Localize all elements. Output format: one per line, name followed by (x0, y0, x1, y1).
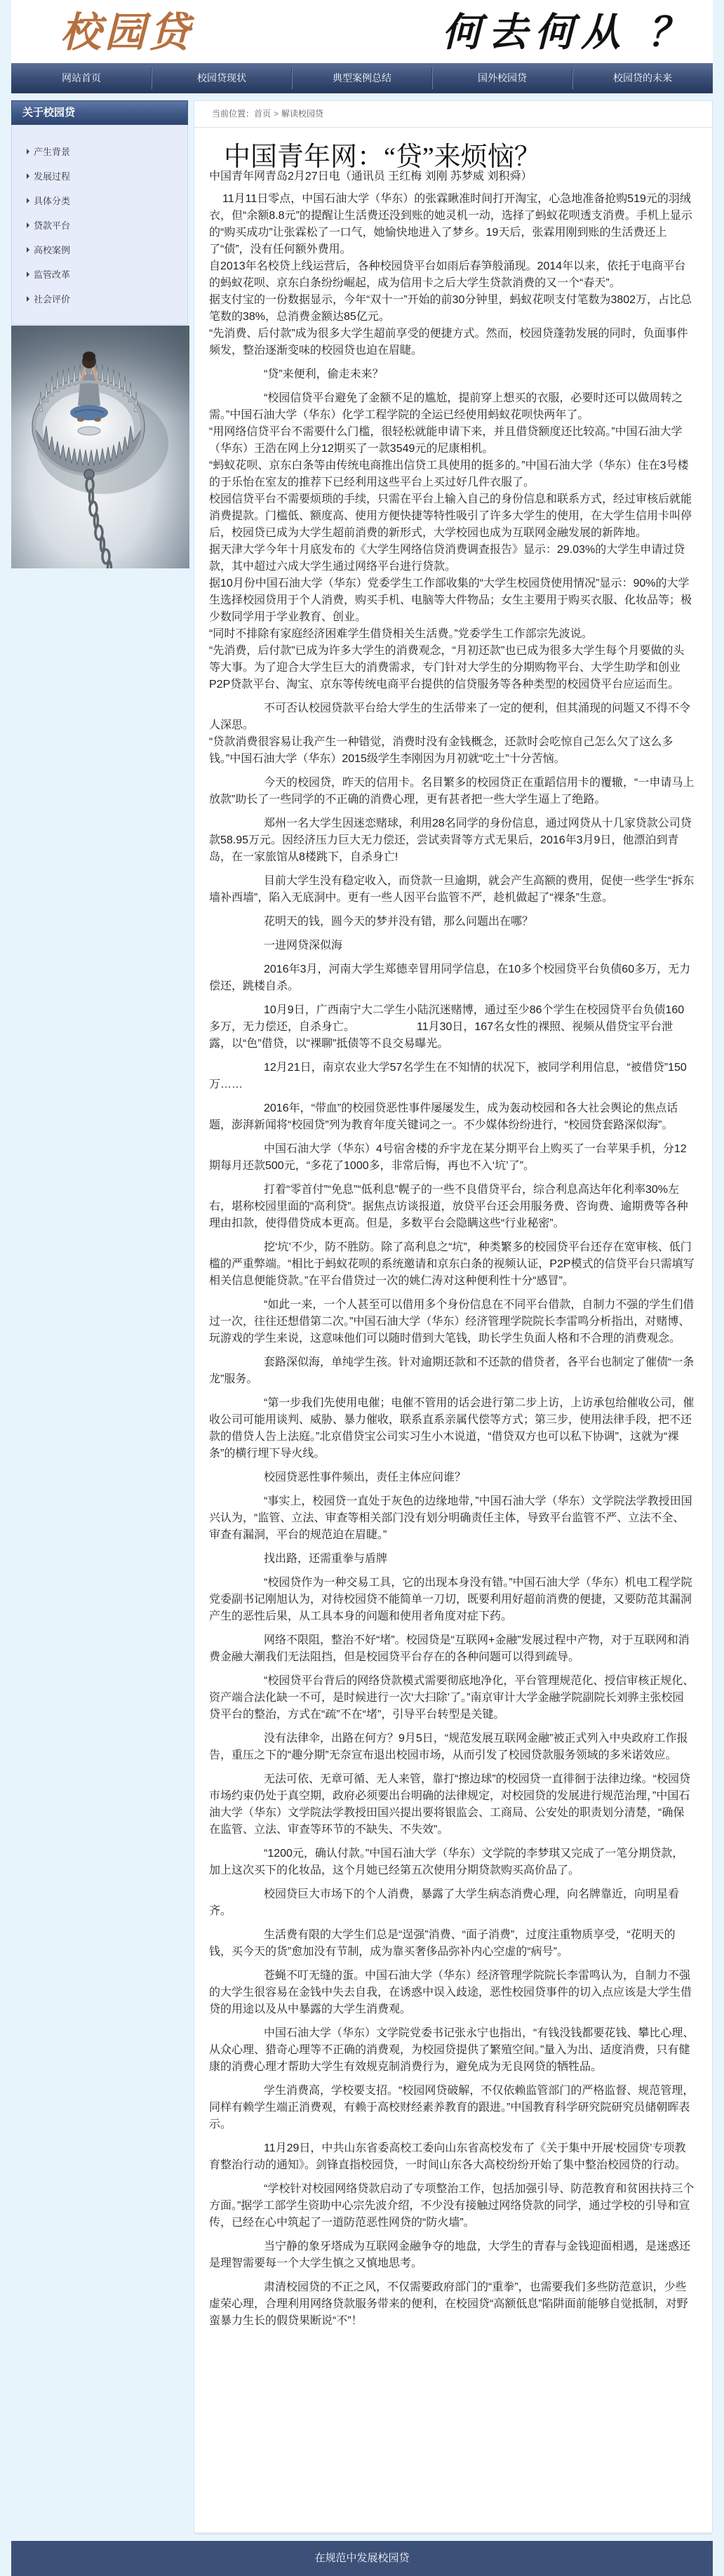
article-paragraph: 据10月份中国石油大学（华东）党委学生工作部收集的“大学生校园贷使用情况”显示：… (209, 575, 695, 626)
sidebar-item-label: 高校案例 (34, 243, 70, 256)
article-paragraph: “校园贷平台背后的网络贷款模式需要彻底地净化，平台管理规范化、授信审核正规化、资… (209, 1673, 695, 1723)
triangle-right-icon (27, 173, 29, 179)
sidebar-item-background[interactable]: 产生背景 (12, 139, 187, 163)
sidebar-item-label: 具体分类 (34, 194, 70, 207)
article-paragraph: 打着“零首付”“免息”“低利息”幌子的一些不良借贷平台，综合利息高达年化利率30… (209, 1182, 695, 1232)
sidebar-item-label: 发展过程 (34, 169, 70, 182)
article-paragraph: 12月21日，南京农业大学57名学生在不知情的状况下，被同学利用信息，“被借贷”… (209, 1060, 695, 1093)
article-paragraph: “校园贷作为一种交易工具，它的出现本身没有错。”中国石油大学（华东）机电工程学院… (209, 1575, 695, 1625)
article-paragraph: “第一步我们先使用电催；电催不管用的话会进行第二步上访，上访承包给催收公司，催收… (209, 1395, 695, 1462)
sidebar-item-categories[interactable]: 具体分类 (12, 188, 187, 213)
article-paragraph: “事实上，校园贷一直处于灰色的边缘地带，”中国石油大学（华东）文学院法学教授田国… (209, 1493, 695, 1544)
section-heading: 校园贷恶性事件频出，责任主体应问谁？ (209, 1469, 695, 1486)
section-heading: 一进网贷深似海 (209, 937, 695, 954)
sidebar-item-label: 贷款平台 (34, 218, 70, 232)
article-paragraph: 没有法律伞，出路在何方？9月5日，“规范发展互联网金融”被正式列入中央政府工作报… (209, 1730, 695, 1764)
sidebar-title: 关于校园贷 (11, 100, 188, 125)
article-paragraph: 郑州一名大学生因迷恋赌球，利用28名同学的身份信息，通过网贷从十几家贷款公司贷款… (209, 815, 695, 866)
article-title: 中国青年网：“贷”来烦恼？ (224, 143, 541, 171)
nav-item-cases[interactable]: 典型案例总结 (292, 63, 432, 93)
sidebar: 关于校园贷 产生背景 发展过程 具体分类 贷款平台 高校案例 监管改革 社会评价 (11, 100, 188, 325)
nav-item-status[interactable]: 校园贷现状 (152, 63, 292, 93)
sidebar-item-regulation[interactable]: 监管改革 (12, 262, 187, 286)
sidebar-image (11, 326, 189, 568)
article-paragraph: 网络不限阻，整治不好“堵”。校园贷是“互联网+金融”发展过程中产物，对于互联网和… (209, 1632, 695, 1666)
article-paragraph: 据支付宝的一份数据显示，今年“双十一”开始的前30分钟里，蚂蚁花呗支付笔数为38… (209, 292, 695, 326)
article-paragraph: “如此一来，一个人甚至可以借用多个身份信息在不同平台借款，自制力不强的学生们借过… (209, 1297, 695, 1347)
sidebar-item-evaluation[interactable]: 社会评价 (12, 286, 187, 311)
article-paragraph: 无法可依、无章可循、无人来管，靠打“擦边球”的校园贷一直徘徊于法律边缘。“校园贷… (209, 1771, 695, 1838)
section-heading: “贷”来便利，偷走未来？ (209, 366, 695, 383)
content-panel: 当前位置：首页>解读校园贷 中国青年网：“贷”来烦恼？ 中国青年网青岛2月27日… (194, 100, 713, 2533)
article-paragraph: 套路深似海，单纯学生孩。针对逾期还款和不还款的借贷者，各平台也制定了催债“一条龙… (209, 1354, 695, 1388)
article-paragraph: “用网络信贷平台不需要什么门槛，很轻松就能申请下来，并且借贷额度还比较高。”中国… (209, 424, 695, 458)
article-paragraph: “先消费，后付款”已成为许多大学生的消费观念，“月初还款”也已成为很多大学生每个… (209, 643, 695, 693)
article-paragraph: 当宁静的象牙塔成为互联网金融争夺的地盘，大学生的青春与金钱迎面相遇，是迷惑还是理… (209, 2238, 695, 2272)
site-banner: 校园贷 何去何从 ？ (11, 0, 713, 63)
breadcrumb-label: 当前位置： (212, 109, 254, 119)
nav-item-home[interactable]: 网站首页 (11, 63, 152, 93)
article-paragraph: 中国石油大学（华东）文学院党委书记张永宁也指出，“有钱没钱都要花钱、攀比心理、从… (209, 2025, 695, 2076)
article-paragraph: 11月11日零点，中国石油大学（华东）的张霖瞅准时间打开淘宝，心急地准备抢购51… (209, 191, 695, 258)
article-paragraph: 10月9日，广西南宁大二学生小陆沉迷赌博，通过至少86个学生在校园贷平台负债16… (209, 1002, 695, 1053)
article-paragraph: 肃清校园贷的不正之风，不仅需要政府部门的“重拳”，也需要我们多些防范意识，少些虚… (209, 2279, 695, 2330)
breadcrumb: 当前位置：首页>解读校园贷 (194, 101, 712, 128)
triangle-right-icon (27, 198, 29, 203)
article-paragraph: 自2013年名校贷上线运营后，各种校园贷平台如雨后春笋般涌现。2014年以来，依… (209, 258, 695, 292)
breadcrumb-separator: > (274, 109, 279, 119)
article-paragraph: 校园信贷平台不需要烦琐的手续，只需在平台上输入自己的身份信息和联系方式，经过审核… (209, 491, 695, 542)
article-paragraph: “贷款消费很容易让我产生一种错觉，消费时没有金钱概念，还款时会吃惊自己怎么欠了这… (209, 734, 695, 768)
main-nav: 网站首页 校园贷现状 典型案例总结 国外校园贷 校园贷的未来 (11, 63, 713, 93)
article-paragraph: 挖‘坑’不少，防不胜防。除了高利息之“坑”，种类繁多的校园贷平台还存在宽审核、低… (209, 1239, 695, 1290)
article-paragraph: 2016年，“带血”的校园贷恶性事件屡屡发生，成为轰动校园和各大社会舆论的焦点话… (209, 1100, 695, 1134)
triangle-right-icon (27, 247, 29, 253)
nav-item-future[interactable]: 校园贷的未来 (572, 63, 713, 93)
article-paragraph: 苍蝇不叮无缝的蛋。中国石油大学（华东）经济管理学院院长李雷鸣认为，自制力不强的大… (209, 1968, 695, 2018)
article-paragraph: 中国石油大学（华东）4号宿舍楼的乔宇龙在某分期平台上购买了一台苹果手机，分12期… (209, 1141, 695, 1175)
article-paragraph: 11月29日，中共山东省委高校工委向山东省高校发布了《关于集中开展‘校园贷’专项… (209, 2140, 695, 2174)
sidebar-item-label: 产生背景 (34, 145, 70, 158)
article-paragraph: 据天津大学今年十月底发布的《大学生网络信贷消费调查报告》显示：29.03%的大学… (209, 542, 695, 575)
article-paragraph: 花明天的钱，圆今天的梦并没有错，那么问题出在哪？ (209, 914, 695, 930)
footer-text: 在规范中发展校园贷 (314, 2552, 409, 2564)
article-paragraph: “学校针对校园网络贷款启动了专项整治工作，包括加强引导、防范教育和贫困扶持三个方… (209, 2181, 695, 2231)
article-paragraph: “先消费、后付款”成为很多大学生超前享受的便捷方式。然而，校园贷蓬勃发展的同时，… (209, 326, 695, 359)
article-paragraph: 目前大学生没有稳定收入，而贷款一旦逾期，就会产生高额的费用，促使一些学生“拆东墙… (209, 873, 695, 907)
triangle-right-icon (27, 272, 29, 277)
article-paragraph: 学生消费高，学校要支招。“校园网贷破解，不仅依赖监管部门的严格监督、规范管理，同… (209, 2083, 695, 2133)
article-paragraph: “蚂蚁花呗、京东白条等由传统电商推出信贷工具使用的挺多的。”中国石油大学（华东）… (209, 458, 695, 491)
triangle-right-icon (27, 296, 29, 302)
breadcrumb-home-link[interactable]: 首页 (254, 109, 271, 119)
section-heading: 找出路，还需重拳与盾牌 (209, 1551, 695, 1568)
sidebar-item-label: 监管改革 (34, 267, 70, 281)
sidebar-item-development[interactable]: 发展过程 (12, 163, 187, 188)
banner-slogan: 何去何从 ？ (442, 8, 695, 56)
site-footer: 在规范中发展校园贷 (11, 2541, 713, 2576)
article-paragraph: 2016年3月，河南大学生郑德幸冒用同学信息，在10多个校园贷平台负债60多万，… (209, 961, 695, 995)
article-paragraph: 生活费有限的大学生们总是“逞强”消费、“面子消费”，过度注重物质享受，“花明天的… (209, 1927, 695, 1961)
article-paragraph: 校园贷巨大市场下的个人消费，暴露了大学生病态消费心理，向名牌靠近，向明星看齐。 (209, 1886, 695, 1920)
breadcrumb-current[interactable]: 解读校园贷 (281, 109, 323, 119)
article-byline: 中国青年网青岛2月27日电（通讯员 王红梅 刘刚 苏梦威 刘积舜） (209, 168, 532, 185)
triangle-right-icon (27, 222, 29, 228)
article-paragraph: “同时不排除有家庭经济困难学生借贷相关生活费。”党委学生工作部宗先波说。 (209, 626, 695, 643)
triangle-right-icon (27, 149, 29, 154)
nav-item-overseas[interactable]: 国外校园贷 (432, 63, 572, 93)
sidebar-item-cases[interactable]: 高校案例 (12, 237, 187, 262)
sidebar-menu: 产生背景 发展过程 具体分类 贷款平台 高校案例 监管改革 社会评价 (11, 125, 188, 325)
sidebar-item-label: 社会评价 (34, 292, 70, 305)
article-paragraph: 不可否认校园贷款平台给大学生的生活带来了一定的便利，但其涌现的问题又不得不令人深… (209, 700, 695, 734)
sidebar-item-platforms[interactable]: 贷款平台 (12, 213, 187, 237)
article-body: 11月11日零点，中国石油大学（华东）的张霖瞅准时间打开淘宝，心急地准备抢购51… (209, 191, 695, 2330)
article-paragraph: “1200元，确认付款。”中国石油大学（华东）文学院的李梦琪又完成了一笔分期贷款… (209, 1846, 695, 1879)
article-paragraph: “校园信贷平台避免了金额不足的尴尬，提前穿上想买的衣服，必要时还可以做周转之需。… (209, 390, 695, 424)
site-logo: 校园贷 (60, 8, 193, 56)
article-paragraph: 今天的校园贷，昨天的信用卡。名目繁多的校园贷正在重蹈信用卡的覆辙，“一申请马上放… (209, 775, 695, 808)
